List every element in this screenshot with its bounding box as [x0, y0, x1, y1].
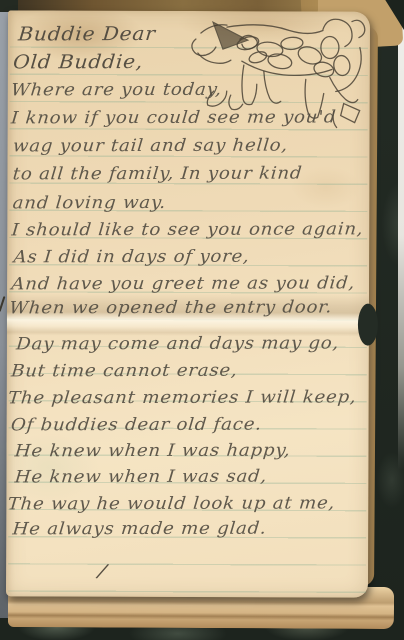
poem-line: to all the family, In your kind — [12, 166, 303, 184]
poem-line: and loving way. — [12, 195, 167, 212]
notebook-page: Buddie Dear Old Buddie, Where are you to… — [6, 10, 370, 597]
poem-line: I know if you could see me you'd — [10, 109, 337, 127]
poem-line: Old Buddie, — [12, 53, 144, 72]
poem-line: He knew when I was sad, — [14, 469, 268, 487]
poem-line: wag your tail and say hello, — [12, 138, 288, 156]
poem-line: But time cannot erase, — [10, 363, 238, 381]
poem-line: Where are you today, — [10, 82, 222, 100]
poem-line: The pleasant memories I will keep, — [7, 389, 357, 407]
poem-line: Day may come and days may go, — [15, 335, 339, 353]
notebook-photo: Buddie Dear Old Buddie, Where are you to… — [0, 0, 404, 640]
photo-edge-sliver — [398, 0, 404, 470]
poem-line: Buddie Dear — [17, 25, 156, 44]
poem-line: The way he would look up at me, — [7, 495, 336, 513]
poem-line: When we opened the entry door. — [9, 299, 333, 317]
poem-line: I should like to see you once again, — [11, 221, 364, 239]
poem-line: And have you greet me as you did, — [11, 275, 356, 293]
page-number-mark: / — [96, 558, 108, 583]
poem-line: As I did in days of yore, — [13, 249, 251, 267]
page-notch-shadow — [358, 304, 378, 346]
poem-line: He knew when I was happy, — [14, 443, 291, 461]
poem-line: He always made me glad. — [12, 521, 267, 539]
poem-line: Of buddies dear old face. — [10, 417, 262, 435]
